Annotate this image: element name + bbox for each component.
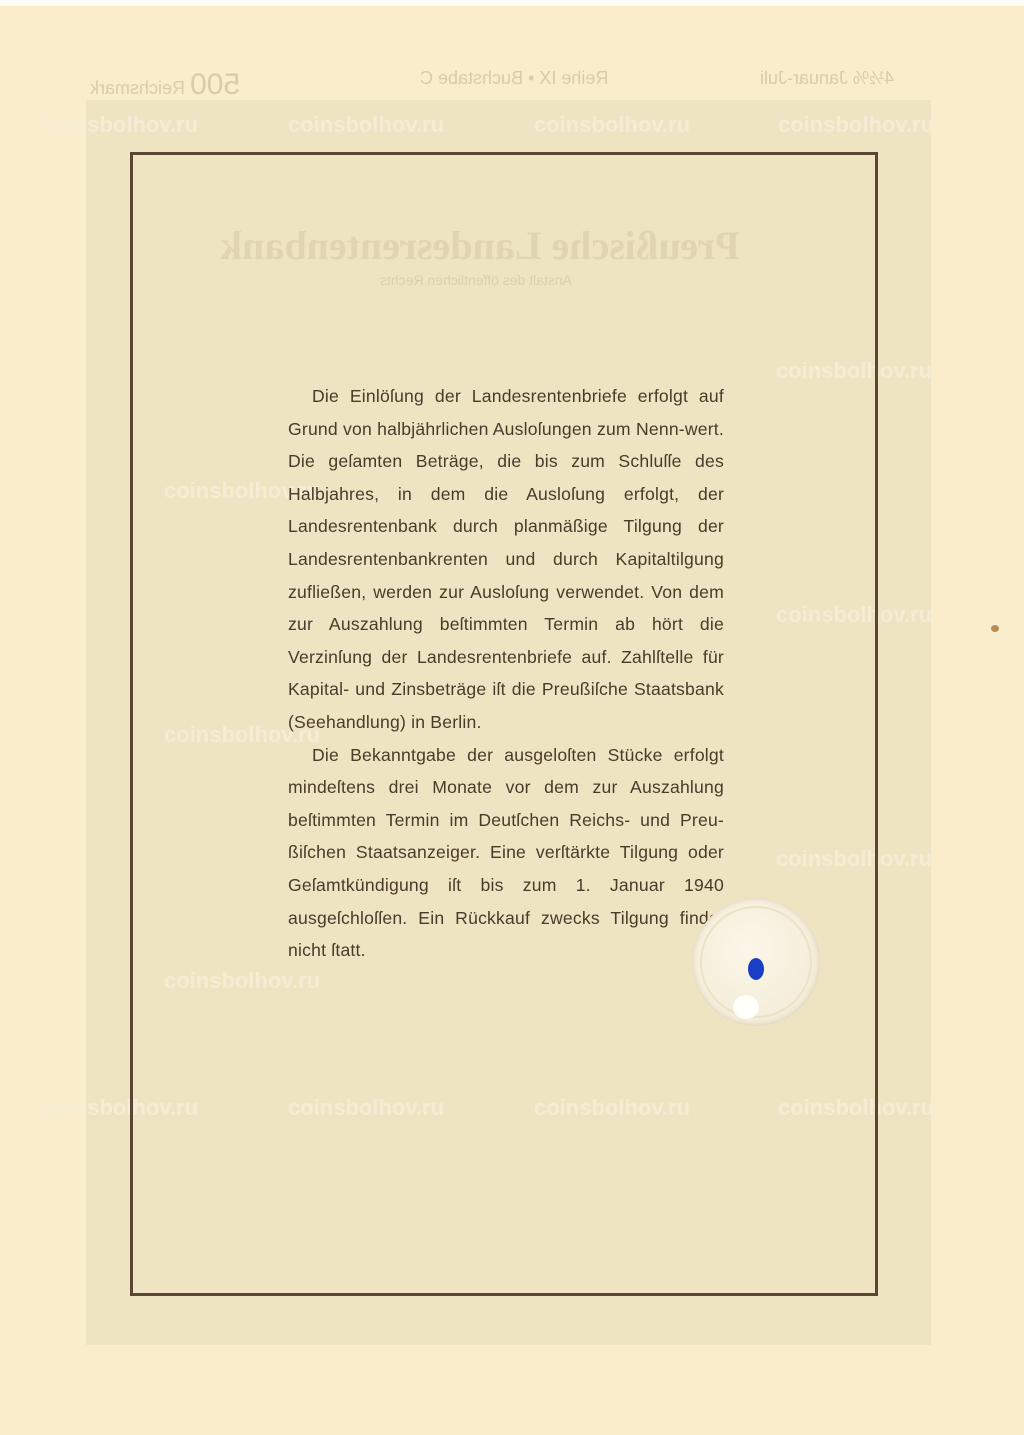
watermark: coinsbolhov.ru [534,112,690,138]
watermark: coinsbolhov.ru [42,112,198,138]
punch-hole-icon [733,995,759,1019]
terms-text: Die Einlöſung der Landesrentenbriefe erf… [288,380,724,967]
redemption-paragraph: Die Einlöſung der Landesrentenbriefe erf… [288,380,724,739]
denomination-value: 500 [190,68,240,101]
showthrough-interest-term: 4½% Januar-Juli [760,68,894,89]
announcement-paragraph: Die Bekanntgabe der ausgeloſten Stücke e… [288,739,724,967]
showthrough-series: Reihe IX • Buchstabe C [420,68,608,89]
watermark: coinsbolhov.ru [288,112,444,138]
showthrough-denomination: 500 Reichsmark [90,68,240,102]
watermark: coinsbolhov.ru [778,112,934,138]
denomination-unit: Reichsmark [90,78,185,98]
paper-stain [991,625,999,632]
blue-punch-mark-icon [748,958,764,980]
scan-edge [0,0,1024,6]
